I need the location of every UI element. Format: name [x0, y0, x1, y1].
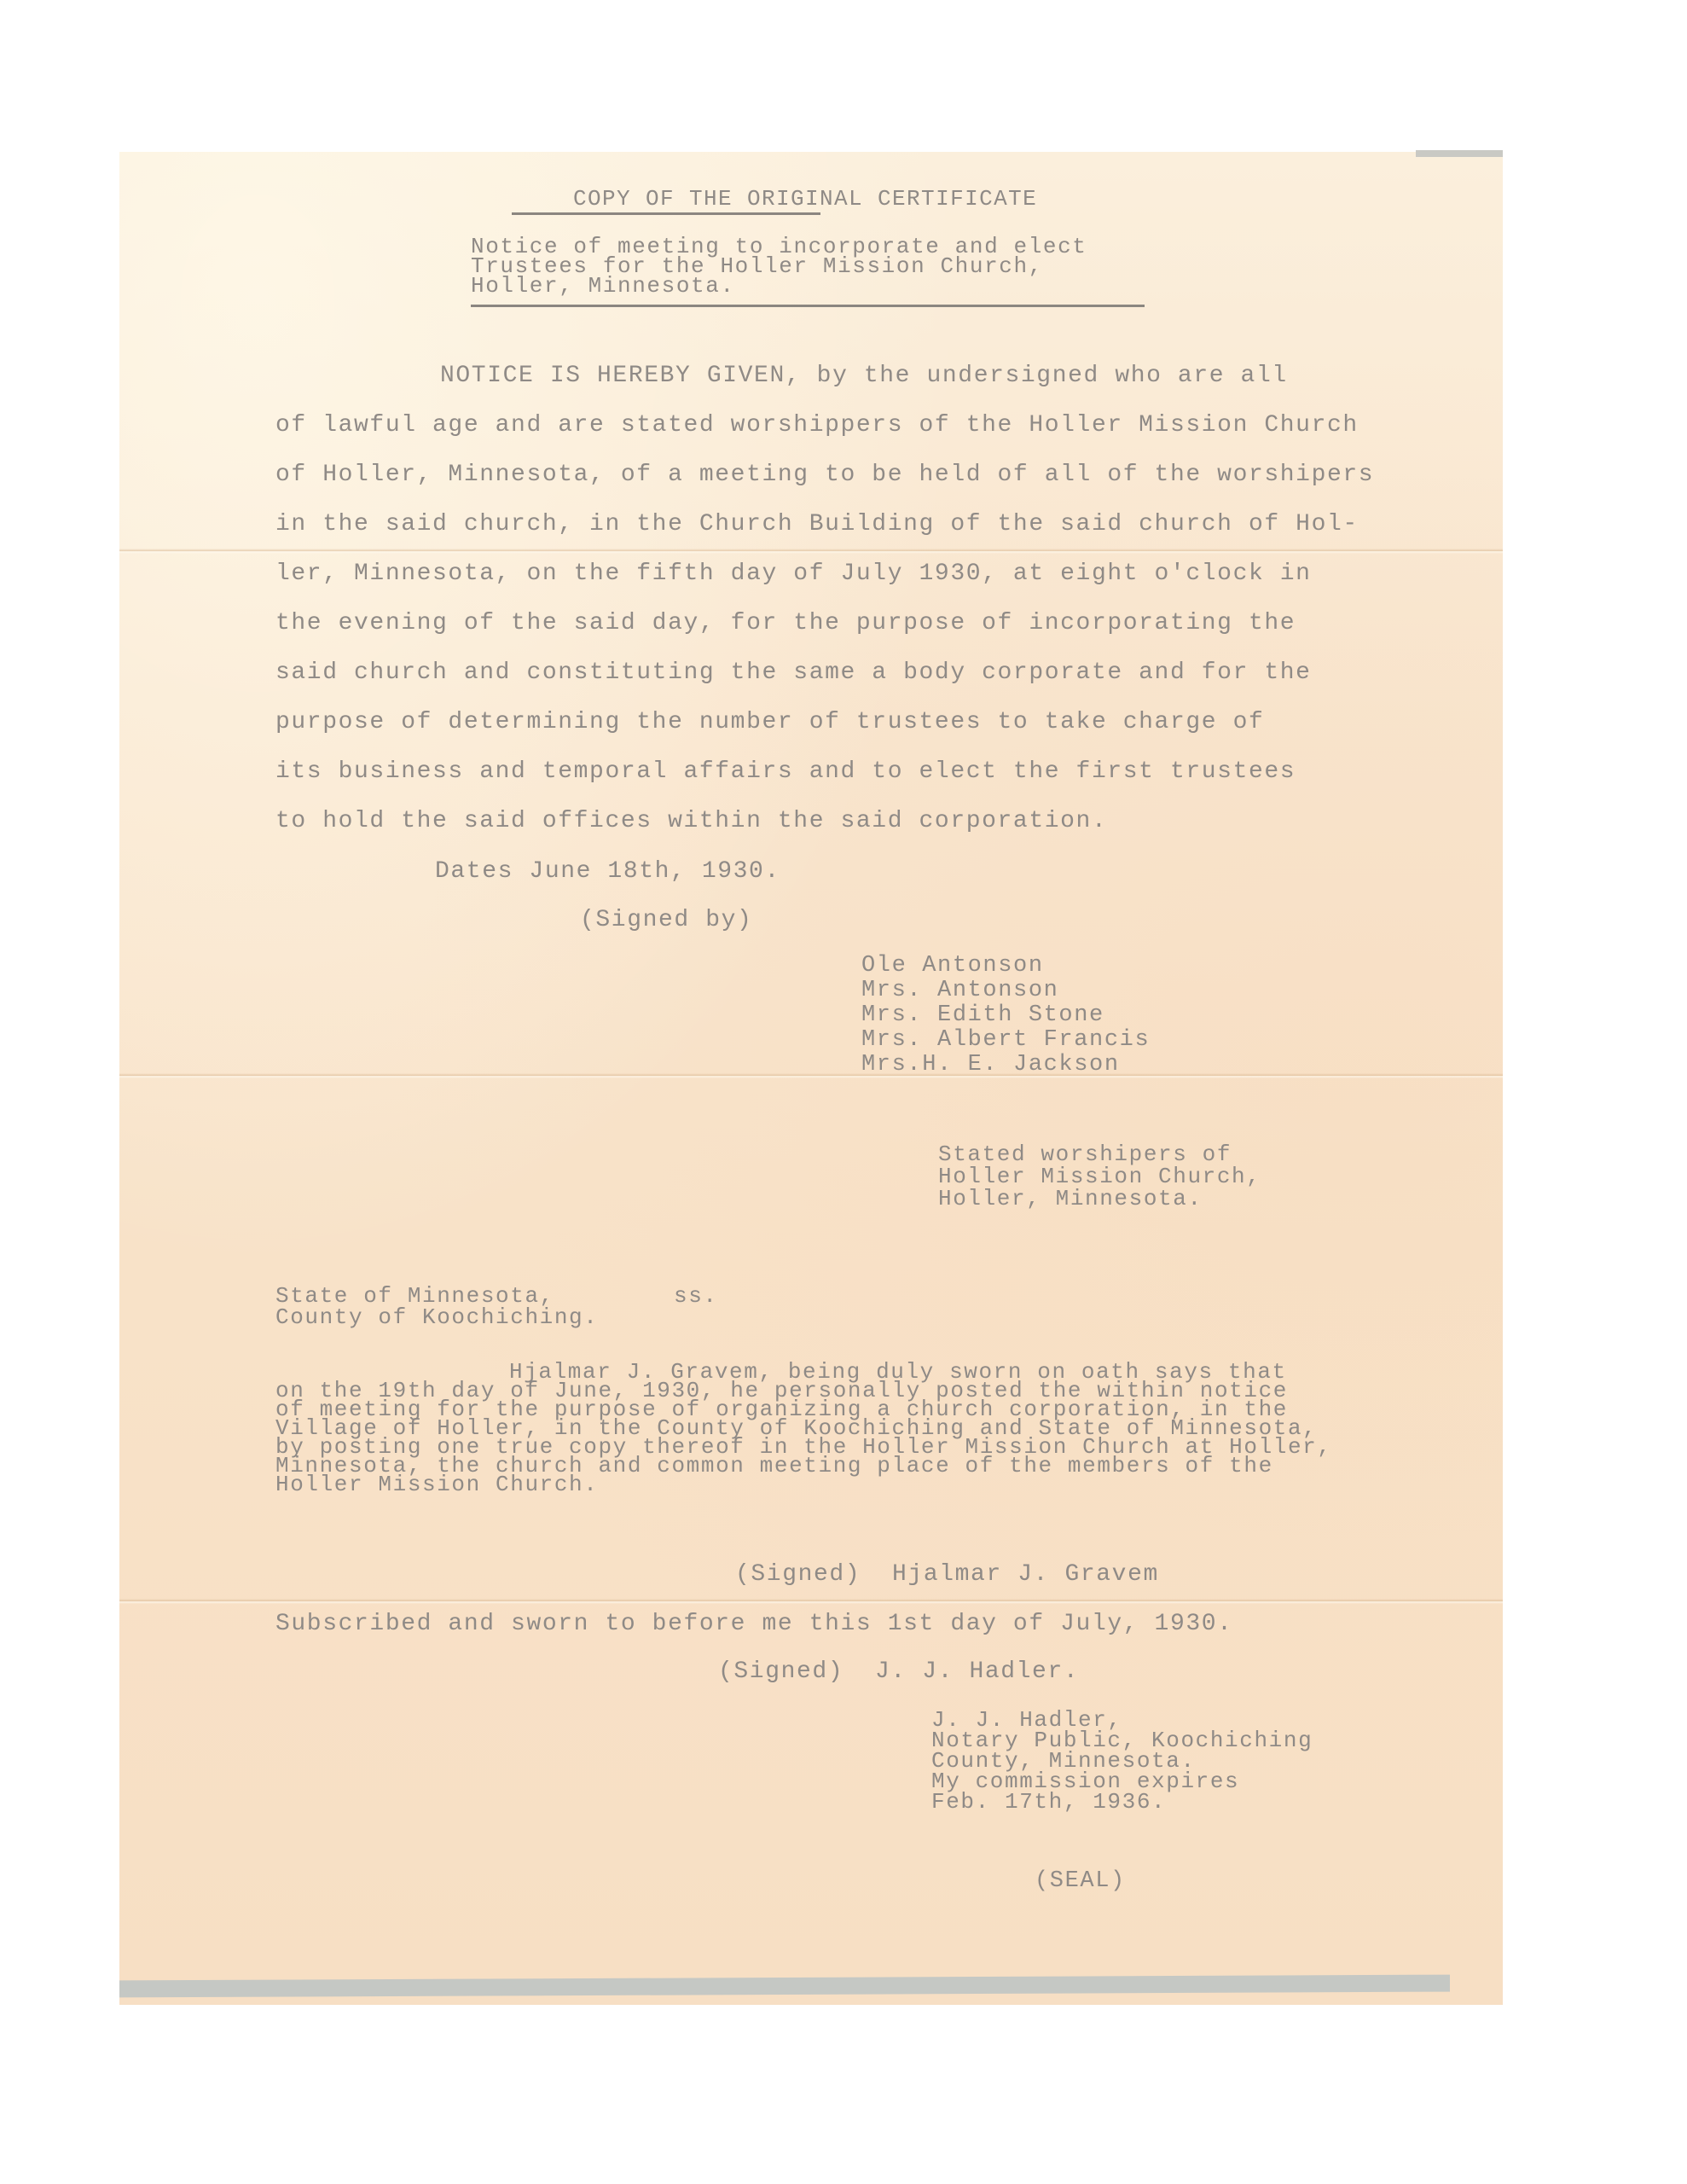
affidavit-paragraph: Hjalmar J. Gravem, being duly sworn on o… — [275, 1362, 1332, 1494]
venue-county: County of Koochiching. — [275, 1308, 598, 1327]
fold-line — [119, 1599, 1503, 1604]
affiant-signature: (Signed) Hjalmar J. Gravem — [735, 1561, 1159, 1588]
signer-name: Mrs.H. E. Jackson — [861, 1053, 1150, 1077]
notice-line: the evening of the said day, for the pur… — [275, 599, 1374, 648]
notice-line: said church and constituting the same a … — [275, 648, 1374, 698]
notice-line: to hold the said offices within the said… — [275, 797, 1374, 846]
signer-name: Mrs. Edith Stone — [861, 1003, 1150, 1028]
scan-edge-top — [1416, 150, 1503, 157]
signers-description: Stated worshipers of Holler Mission Chur… — [938, 1143, 1261, 1210]
notice-line: in the said church, in the Church Buildi… — [275, 500, 1374, 549]
subtitle-line: Holler, Minnesota. — [471, 276, 1087, 296]
venue-state: State of Minnesota, — [275, 1287, 554, 1306]
notice-line: of lawful age and are stated worshippers… — [275, 401, 1374, 450]
notice-line: purpose of determining the number of tru… — [275, 698, 1374, 747]
fold-line — [119, 1073, 1503, 1078]
dated-line: Dates June 18th, 1930. — [435, 858, 780, 885]
notary-signature: (Signed) J. J. Hadler. — [718, 1658, 1079, 1685]
seal-label: (SEAL) — [1035, 1868, 1126, 1894]
notice-paragraph: NOTICE IS HEREBY GIVEN, by the undersign… — [275, 351, 1374, 846]
description-line: Stated worshipers of — [938, 1143, 1261, 1165]
subtitle-underline — [471, 305, 1145, 307]
notice-line: its business and temporal affairs and to… — [275, 747, 1374, 797]
title-underline — [512, 212, 820, 215]
signer-name: Ole Antonson — [861, 954, 1150, 979]
notice-line: NOTICE IS HEREBY GIVEN, by the undersign… — [275, 351, 1374, 401]
signed-by-label: (Signed by) — [580, 907, 752, 933]
document-title: COPY OF THE ORIGINAL CERTIFICATE — [573, 186, 1037, 212]
signer-name: Mrs. Antonson — [861, 979, 1150, 1003]
signer-name: Mrs. Albert Francis — [861, 1028, 1150, 1053]
venue-ss: ss. — [674, 1287, 718, 1306]
description-line: Holler Mission Church, — [938, 1165, 1261, 1188]
subtitle-block: Notice of meeting to incorporate and ele… — [471, 237, 1087, 296]
notary-block: J. J. Hadler, Notary Public, Koochiching… — [931, 1710, 1313, 1812]
signers-list: Ole Antonson Mrs. Antonson Mrs. Edith St… — [861, 954, 1150, 1077]
notice-line: ler, Minnesota, on the fifth day of July… — [275, 549, 1374, 599]
description-line: Holler, Minnesota. — [938, 1188, 1261, 1210]
notary-line: Feb. 17th, 1936. — [931, 1792, 1313, 1812]
jurat-line: Subscribed and sworn to before me this 1… — [275, 1611, 1233, 1637]
notice-line: of Holler, Minnesota, of a meeting to be… — [275, 450, 1374, 500]
affidavit-line: Holler Mission Church. — [275, 1475, 1332, 1494]
